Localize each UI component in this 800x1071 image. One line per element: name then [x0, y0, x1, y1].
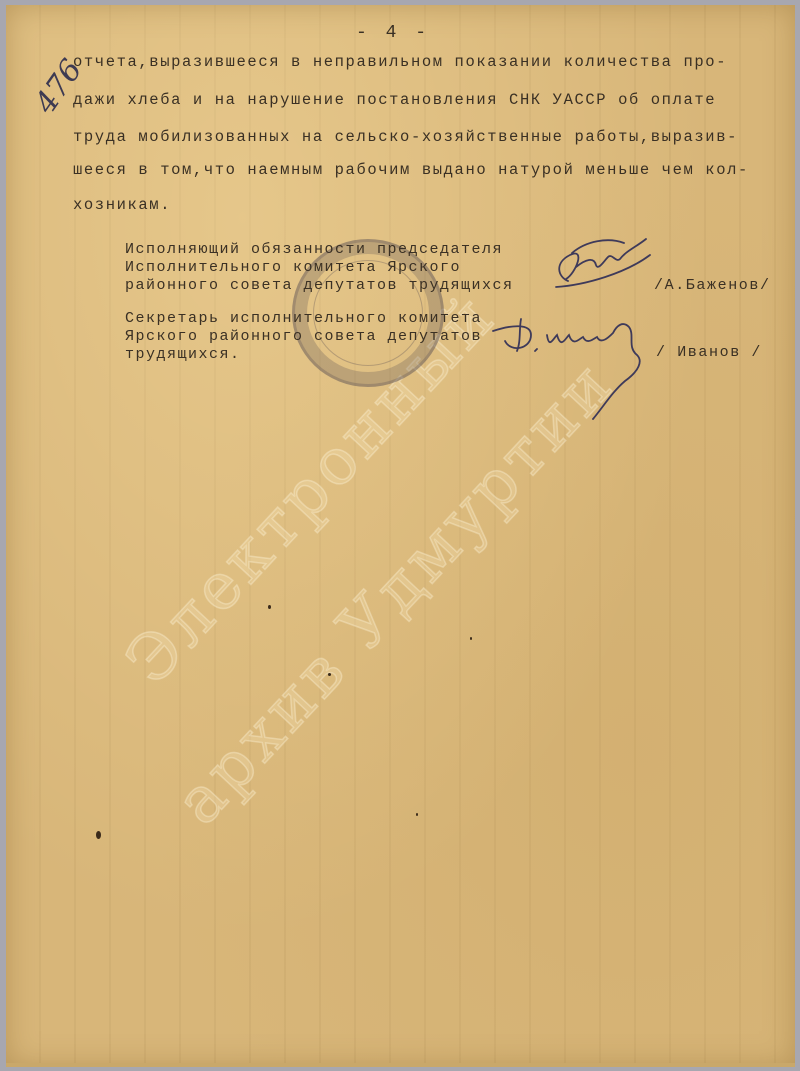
- body-line: хозникам.: [73, 196, 171, 214]
- signatory-title-line: Секретарь исполнительного комитета: [125, 310, 482, 328]
- document-page: Электронный архив Удмуртии 476 - 4 - отч…: [6, 5, 795, 1067]
- signatory-title-line: Исполняющий обязанности председателя: [125, 241, 503, 259]
- paper-speck: [328, 673, 331, 676]
- signatory-title-line: Исполнительного комитета Ярского: [125, 259, 461, 277]
- scan-background: Электронный архив Удмуртии 476 - 4 - отч…: [0, 0, 800, 1071]
- paper-speck: [268, 605, 271, 609]
- signatory-title-line: районного совета депутатов трудящихся: [125, 277, 514, 295]
- signatory-name: / Иванов /: [656, 344, 762, 361]
- signatory-title-line: трудящихся.: [125, 346, 241, 364]
- signatory-title-line: Ярского районного совета депутатов: [125, 328, 482, 346]
- handwritten-signature-icon: [491, 305, 661, 425]
- body-line: труда мобилизованных на сельско-хозяйств…: [73, 128, 738, 146]
- body-line: дажи хлеба и на нарушение постановления …: [73, 91, 716, 109]
- paper-speck: [96, 831, 101, 839]
- body-line: отчета,выразившееся в неправильном показ…: [73, 53, 727, 71]
- paper-speck: [416, 813, 418, 816]
- paper-speck: [470, 637, 472, 640]
- handwritten-signature-icon: [546, 233, 656, 303]
- body-line: шееся в том,что наемным рабочим выдано н…: [73, 161, 749, 179]
- signatory-name: /А.Баженов/: [654, 277, 771, 294]
- page-number: - 4 -: [356, 23, 430, 43]
